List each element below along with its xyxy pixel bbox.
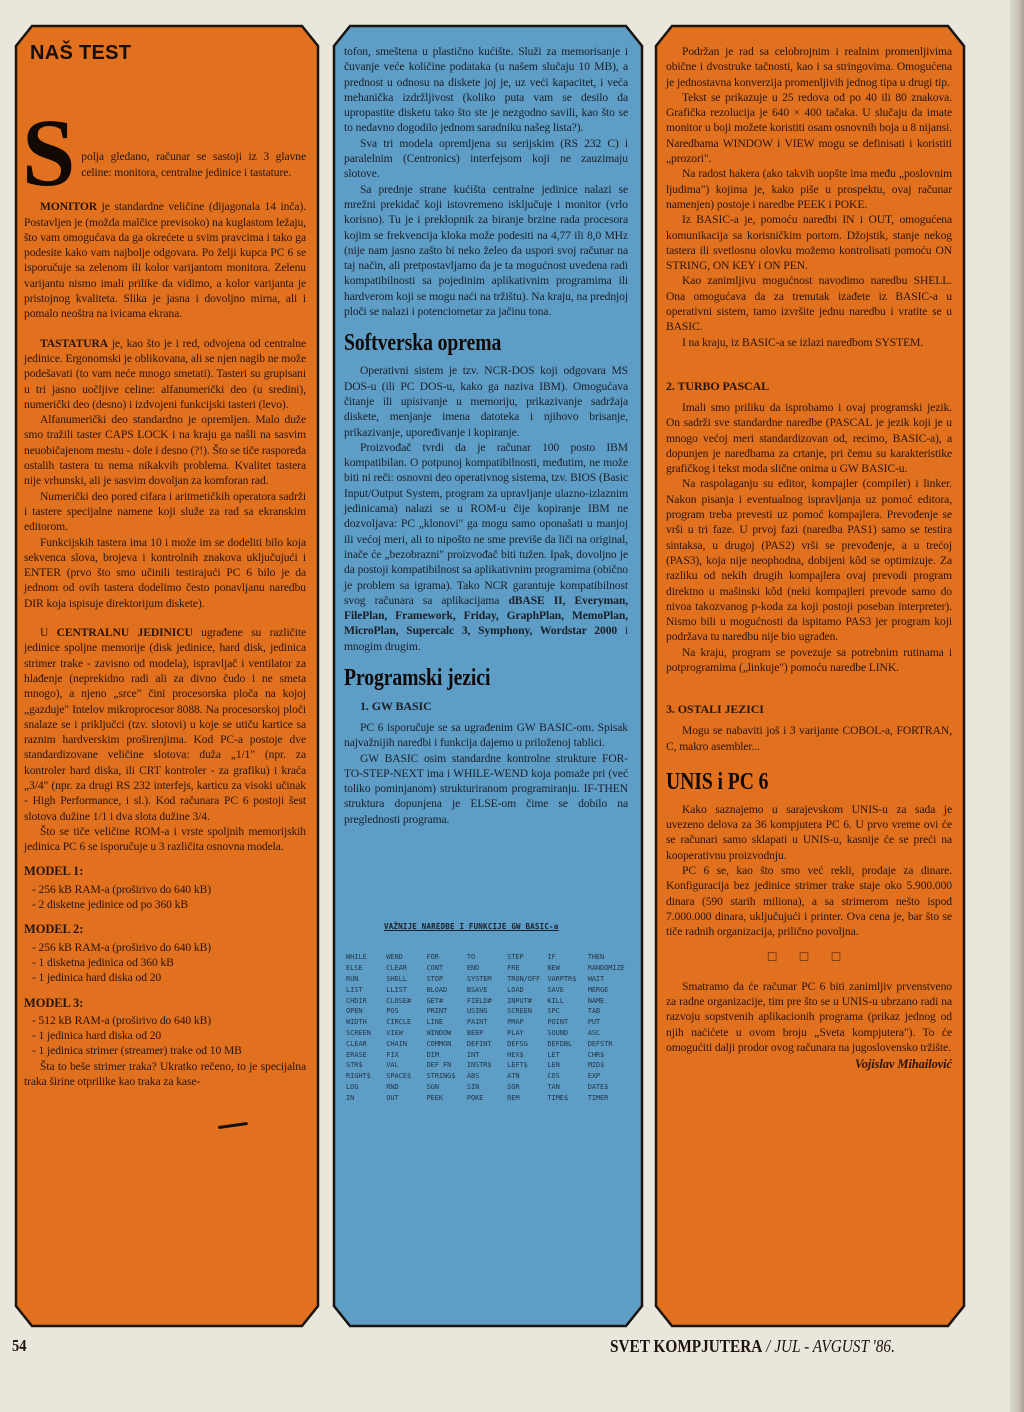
front-panel-paragraph: Sa prednje strane kućišta centralne jedi… — [344, 182, 628, 320]
pascal-paragraph-3: Na kraju, program se povezuje sa potrebn… — [666, 645, 952, 676]
keyword-cell: NAME — [588, 996, 628, 1007]
keyword-cell: FOR — [427, 952, 467, 963]
keyword-cell: SPC — [547, 1006, 587, 1017]
keyword-cell: INT — [467, 1050, 507, 1061]
keyword-cell: ERASE — [346, 1050, 386, 1061]
keyword-table-title: VAŽNIJE NAREDBE I FUNKCIJE GW BASIC-a — [384, 919, 628, 934]
keyword-cell: FRE — [507, 963, 547, 974]
pascal-paragraph-2: Na raspolaganju su editor, kompajler (co… — [666, 476, 952, 644]
keyword-cell: EXP — [588, 1071, 628, 1082]
keyword-cell: HEX$ — [507, 1050, 547, 1061]
model-1-item: - 256 kB RAM-a (proširivo do 640 kB) — [24, 882, 306, 897]
keyword-cell: ABS — [467, 1071, 507, 1082]
keyword-cell: TIMER — [588, 1093, 628, 1104]
keyword-cell: OUT — [386, 1093, 426, 1104]
serial-paragraph: Sva tri modela opremljena su serijskim (… — [344, 136, 628, 182]
keyword-table: WHILEWENDFORTOSTEPIFTHENELSECLEARCONTEND… — [344, 952, 628, 1103]
keyword-cell: DEFSTR — [588, 1039, 628, 1050]
keyword-cell: CHAIN — [386, 1039, 426, 1050]
alphanumeric-paragraph: Alfanumerički deo standardno je opremlje… — [24, 412, 306, 488]
keyword-cell: CONT — [427, 963, 467, 974]
strimer-continued-paragraph: tofon, smeštena u plastično kućište. Slu… — [344, 44, 628, 136]
magazine-title: SVET KOMPJUTERA — [610, 1336, 762, 1356]
keyword-cell: SPACE$ — [386, 1071, 426, 1082]
keyword-cell: CHR$ — [588, 1050, 628, 1061]
right-column-panel: Podržan je rad sa celobrojnim i realnim … — [654, 24, 966, 1328]
pascal-paragraph-1: Imali smo priliku da isprobamo i ovaj pr… — [666, 400, 952, 476]
keyword-cell: BSAVE — [467, 985, 507, 996]
keyword-cell: TRON/OFF — [507, 974, 547, 985]
model-list: MODEL 1: - 256 kB RAM-a (proširivo do 64… — [24, 864, 306, 1058]
model-2-item: - 1 jedinica hard diska od 20 — [24, 970, 306, 985]
keyword-cell: SQR — [507, 1082, 547, 1093]
keyword-cell: ELSE — [346, 963, 386, 974]
keyword-cell: SCREEN — [346, 1028, 386, 1039]
keyword-cell: BLOAD — [427, 985, 467, 996]
keyword-cell: LLIST — [386, 985, 426, 996]
keyword-cell: MID$ — [588, 1060, 628, 1071]
keyword-cell: CLEAR — [386, 963, 426, 974]
keyword-cell: PRINT — [427, 1006, 467, 1017]
keyword-cell: STR$ — [346, 1060, 386, 1071]
keyword-cell: ASC — [588, 1028, 628, 1039]
heading-languages: Programski jezici — [344, 664, 577, 692]
keyword-cell: PLAY — [507, 1028, 547, 1039]
keyword-cell: INPUT# — [507, 996, 547, 1007]
keyword-cell: MERGE — [588, 985, 628, 996]
keyword-cell: SIN — [467, 1082, 507, 1093]
keyword-cell: CHDIR — [346, 996, 386, 1007]
heading-unis: UNIS i PC 6 — [666, 768, 901, 796]
keyword-cell: KILL — [547, 996, 587, 1007]
rom-paragraph: Što se tiče veličine ROM-a i vrste spolj… — [24, 824, 306, 855]
keyword-cell: GET# — [427, 996, 467, 1007]
keyword-cell: END — [467, 963, 507, 974]
keyword-cell: SGN — [427, 1082, 467, 1093]
keyword-cell: SHELL — [386, 974, 426, 985]
keyword-cell: LIST — [346, 985, 386, 996]
shell-paragraph: Kao zanimljivu mogućnost navodimo naredb… — [666, 273, 952, 334]
subheading-other-languages: 3. OSTALI JEZICI — [666, 701, 952, 717]
keyword-cell: DEF FN — [427, 1060, 467, 1071]
keyword-cell: LET — [547, 1050, 587, 1061]
keyword-cell: WAIT — [588, 974, 628, 985]
keyword-cell: INSTR$ — [467, 1060, 507, 1071]
keyword-cell: LEN — [547, 1060, 587, 1071]
function-keys-paragraph: Funkcijskih tastera ima 10 i može im se … — [24, 535, 306, 611]
keyword-cell: RND — [386, 1082, 426, 1093]
keyword-cell: PAINT — [467, 1017, 507, 1028]
left-column-panel: NAŠ TEST S polja gledano, računar se sas… — [14, 24, 320, 1328]
keyword-cell: DEFINT — [467, 1039, 507, 1050]
keyword-cell: RANDOMIZE — [588, 963, 628, 974]
keyword-cell: SCREEN — [507, 1006, 547, 1017]
keyword-cell: STOP — [427, 974, 467, 985]
model-3-item: - 512 kB RAM-a (proširivo do 640 kB) — [24, 1013, 306, 1028]
keyword-cell: THEN — [588, 952, 628, 963]
magazine-footer: SVET KOMPJUTERA / JUL - AVGUST '86. — [610, 1336, 895, 1357]
keyword-cell: COMMON — [427, 1039, 467, 1050]
keyword-cell: FIX — [386, 1050, 426, 1061]
io-paragraph: Iz BASIC-a je, pomoću naredbi IN i OUT, … — [666, 212, 952, 273]
keyword-cell: DIM — [427, 1050, 467, 1061]
keyword-cell: PUT — [588, 1017, 628, 1028]
keyword-cell: NEW — [547, 963, 587, 974]
keyword-cell: TAN — [547, 1082, 587, 1093]
keyword-cell: RUN — [346, 974, 386, 985]
keyword-cell: POKE — [467, 1093, 507, 1104]
keyword-cell: IF — [547, 952, 587, 963]
keyword-cell: PEEK — [427, 1093, 467, 1104]
central-unit-paragraph: U CENTRALNU JEDINICU ugrađene su različi… — [24, 625, 306, 824]
keyword-cell: CLOSE# — [386, 996, 426, 1007]
model-1-item: - 2 disketne jedinice od po 360 kB — [24, 897, 306, 912]
keyword-cell: DEFSG — [507, 1039, 547, 1050]
other-languages-paragraph: Mogu se nabaviti još i 3 varijante COBOL… — [666, 723, 952, 754]
middle-column-panel: tofon, smeštena u plastično kućište. Slu… — [332, 24, 644, 1328]
model-2-title: MODEL 2: — [24, 922, 306, 937]
keyword-cell: IN — [346, 1093, 386, 1104]
model-3-item: - 1 jedinica strimer (streamer) trake od… — [24, 1043, 306, 1058]
monitor-paragraph: MONITOR je standardne veličine (dijagona… — [24, 199, 306, 321]
keyword-cell: WEND — [386, 952, 426, 963]
model-1-title: MODEL 1: — [24, 864, 306, 879]
heading-software: Softverska oprema — [344, 329, 577, 357]
keyword-cell: WIDTH — [346, 1017, 386, 1028]
keyword-cell: RIGHT$ — [346, 1071, 386, 1082]
model-2-item: - 256 kB RAM-a (proširivo do 640 kB) — [24, 940, 306, 955]
keyword-cell: STEP — [507, 952, 547, 963]
text-mode-paragraph: Tekst se prikazuje u 25 redova od po 40 … — [666, 90, 952, 166]
page-number: 54 — [12, 1336, 26, 1356]
keyword-cell: DEFDBL — [547, 1039, 587, 1050]
keyword-cell: CLEAR — [346, 1039, 386, 1050]
keyword-cell: ATN — [507, 1071, 547, 1082]
hackers-paragraph: Na radost hakera (ako takvih uopšte ima … — [666, 166, 952, 212]
keyword-cell: COS — [547, 1071, 587, 1082]
unis-paragraph-1: Kako saznajemo u sarajevskom UNIS-u za s… — [666, 802, 952, 863]
keyword-cell: SYSTEM — [467, 974, 507, 985]
keyword-cell: LINE — [427, 1017, 467, 1028]
model-2-item: - 1 disketna jedinica od 360 kB — [24, 955, 306, 970]
subheading-gw-basic: 1. GW BASIC — [344, 698, 628, 714]
keyword-cell: WHILE — [346, 952, 386, 963]
keyword-cell: VARPTR$ — [547, 974, 587, 985]
unis-paragraph-2: PC 6 se, kao što smo već rekli, prodaje … — [666, 863, 952, 939]
numeric-paragraph: Numerički deo pored cifara i aritmetički… — [24, 489, 306, 535]
keyword-cell: DATE$ — [588, 1082, 628, 1093]
variables-paragraph: Podržan je rad sa celobrojnim i realnim … — [666, 44, 952, 90]
compatibility-paragraph: Proizvođač tvrdi da je računar 100 posto… — [344, 440, 628, 654]
system-paragraph: I na kraju, iz BASIC-a se izlazi naredbo… — [666, 335, 952, 350]
keyword-cell: OPEN — [346, 1006, 386, 1017]
keyword-cell: TO — [467, 952, 507, 963]
section-separator: □ □ □ — [666, 950, 952, 965]
keyword-cell: FIELD# — [467, 996, 507, 1007]
keyword-cell: CIRCLE — [386, 1017, 426, 1028]
model-3-title: MODEL 3: — [24, 996, 306, 1011]
keyword-cell: LOAD — [507, 985, 547, 996]
os-paragraph: Operativni sistem je tzv. NCR-DOS koji o… — [344, 363, 628, 439]
keyword-cell: POS — [386, 1006, 426, 1017]
conclusion-paragraph: Smatramo da će računar PC 6 biti zanimlj… — [666, 979, 952, 1055]
keyword-cell: SAVE — [547, 985, 587, 996]
tastatura-paragraph: TASTATURA je, kao što je i red, odvojena… — [24, 336, 306, 412]
keyword-cell: STRING$ — [427, 1071, 467, 1082]
keyword-cell: LOG — [346, 1082, 386, 1093]
strimer-paragraph: Šta to beše strimer traka? Ukratko rečen… — [24, 1059, 306, 1090]
drop-cap: S — [22, 115, 75, 191]
keyword-cell: PMAP — [507, 1017, 547, 1028]
gw-basic-paragraph-2: GW BASIC osim standardne kontrolne struk… — [344, 751, 628, 827]
keyword-cell: LEFT$ — [507, 1060, 547, 1071]
issue-date: JUL - AVGUST '86. — [774, 1336, 895, 1356]
keyword-cell: POINT — [547, 1017, 587, 1028]
subheading-turbo-pascal: 2. TURBO PASCAL — [666, 378, 952, 394]
page-edge — [1010, 0, 1024, 1412]
keyword-cell: TAB — [588, 1006, 628, 1017]
keyword-cell: WINDOW — [427, 1028, 467, 1039]
author-signature: Vojislav Mihailović — [666, 1057, 952, 1072]
keyword-cell: USING — [467, 1006, 507, 1017]
keyword-cell: VIEW — [386, 1028, 426, 1039]
gw-basic-paragraph-1: PC 6 isporučuje se sa ugrađenim GW BASIC… — [344, 720, 628, 751]
section-kicker: NAŠ TEST — [30, 46, 306, 61]
keyword-cell: SOUND — [547, 1028, 587, 1039]
keyword-cell: BEEP — [467, 1028, 507, 1039]
keyword-cell: REM — [507, 1093, 547, 1104]
model-3-item: - 1 jedinica hard diska od 20 — [24, 1028, 306, 1043]
keyword-cell: VAL — [386, 1060, 426, 1071]
keyword-cell: TIME$ — [547, 1093, 587, 1104]
